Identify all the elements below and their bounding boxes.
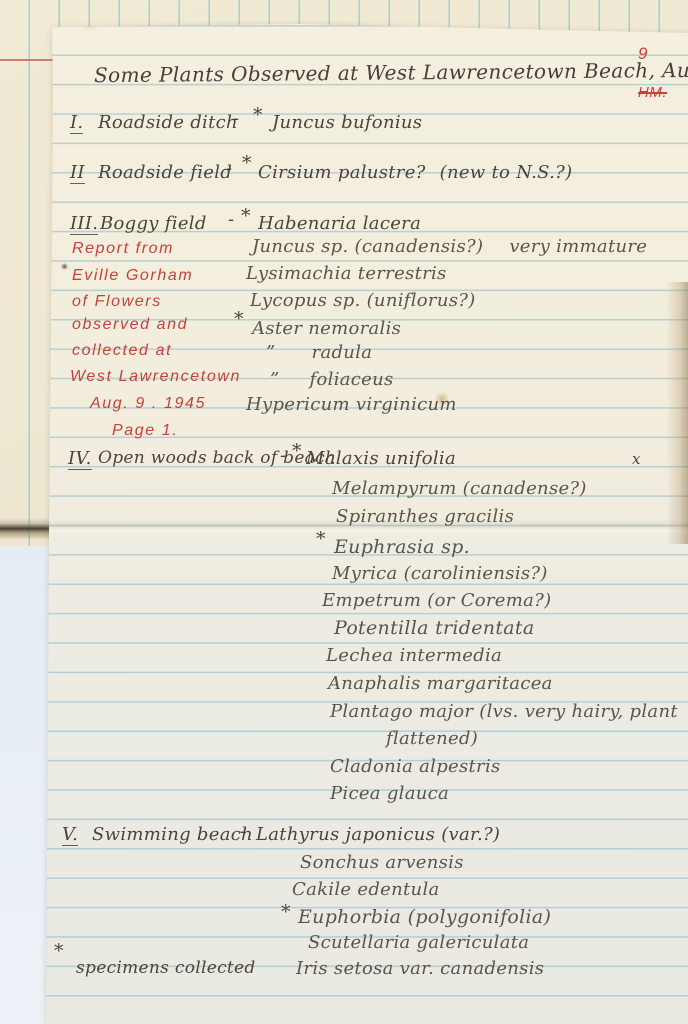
handwritten-page: Some Plants Observed at West Lawrencetow… <box>0 0 688 1024</box>
plant-name: Empetrum (or Corema?) <box>322 590 551 611</box>
footnote-text: specimens collected <box>76 958 256 978</box>
habitat-label: Roadside ditch <box>98 112 238 133</box>
plant-name: Potentilla tridentata <box>334 617 534 639</box>
asterisk-mark: * <box>281 901 291 923</box>
scanned-document: Some Plants Observed at West Lawrencetow… <box>0 0 688 1024</box>
asterisk-mark: * <box>316 528 326 550</box>
date-correction: 9 <box>638 44 649 64</box>
red-note-line: West Lawrencetown <box>70 368 241 386</box>
section-numeral: V. <box>62 824 78 846</box>
plant-name: Lathyrus japonicus (var.?) <box>256 824 500 845</box>
plant-name: Sonchus arvensis <box>300 852 464 873</box>
asterisk-mark: * <box>241 205 251 227</box>
plant-line: Juncus sp. (canadensis?) very immature <box>252 236 647 257</box>
title-text: Some Plants Observed at West Lawrencetow… <box>94 58 688 88</box>
plant-note: (new to N.S.?) <box>440 162 573 183</box>
stain <box>78 10 104 30</box>
section-numeral: III. <box>70 213 98 235</box>
plant-name: Malaxis unifolia <box>306 448 456 469</box>
plant-name: Myrica (caroliniensis?) <box>332 563 548 584</box>
plant-name: Cakile edentula <box>292 879 440 900</box>
plant-name: Lycopus sp. (uniflorus?) <box>250 290 476 311</box>
ditto-mark: ” <box>270 369 280 390</box>
plant-name: flattened) <box>386 728 478 749</box>
plant-name: radula <box>312 342 373 363</box>
plant-name: Plantago major (lvs. very hairy, plant <box>330 701 678 722</box>
plant-line: Cirsium palustre? (new to N.S.?) <box>258 162 572 183</box>
plant-name: Lysimachia terrestris <box>246 263 447 284</box>
dash-mark: - <box>226 158 232 179</box>
asterisk-mark: * <box>253 104 263 126</box>
plant-name: Anaphalis margaritacea <box>328 673 553 694</box>
asterisk-mark: * <box>234 308 244 330</box>
plant-name: Habenaria lacera <box>258 213 421 234</box>
asterisk-mark: * <box>292 440 302 462</box>
plant-line: ” foliaceus <box>270 369 394 390</box>
dash-mark: - <box>240 821 246 842</box>
margin-x-mark: x <box>632 450 641 468</box>
dash-mark: - <box>280 445 286 466</box>
dash-mark: - <box>228 209 234 230</box>
red-note-line: Aug. 9 . 1945 <box>90 395 206 413</box>
plant-name: Spiranthes gracilis <box>336 506 514 527</box>
section-numeral: II <box>70 162 85 184</box>
plant-name: Aster nemoralis <box>252 318 401 339</box>
plant-name: Scutellaria galericulata <box>308 932 529 953</box>
plant-line: ” radula <box>266 342 372 363</box>
plant-name: foliaceus <box>310 369 394 390</box>
red-note-line: of Flowers <box>72 293 162 311</box>
annotator-initials: HM. <box>638 84 667 101</box>
plant-note: very immature <box>509 236 647 257</box>
section-numeral: IV. <box>68 448 92 470</box>
plant-name: Juncus sp. (canadensis?) <box>252 236 483 257</box>
ditto-mark: ” <box>266 342 276 363</box>
dash-mark: - <box>233 108 239 129</box>
habitat-label: Boggy field <box>100 213 207 234</box>
red-note-line: Report from <box>72 240 174 258</box>
plant-name: Euphrasia sp. <box>334 536 470 558</box>
page-curl-shadow <box>666 282 688 544</box>
red-note-line: observed and <box>72 316 188 334</box>
plant-name: Euphorbia (polygonifolia) <box>298 906 551 928</box>
stain <box>61 263 68 270</box>
plant-name: Hypericum virginicum <box>246 394 457 415</box>
red-note-line: Page 1. <box>112 422 178 440</box>
asterisk-mark: * <box>242 152 252 174</box>
asterisk-mark: * <box>54 940 64 962</box>
red-note-line: collected at <box>72 342 172 360</box>
plant-name: Melampyrum (canadense?) <box>332 478 587 499</box>
plant-name: Picea glauca <box>330 783 449 804</box>
plant-name: Lechea intermedia <box>326 645 502 666</box>
plant-name: Iris setosa var. canadensis <box>296 958 544 979</box>
habitat-label: Roadside field <box>98 162 232 183</box>
page-wrapper: Some Plants Observed at West Lawrencetow… <box>0 0 688 1024</box>
section-numeral: I. <box>70 112 83 134</box>
plant-name: Cladonia alpestris <box>330 756 501 777</box>
habitat-label: Swimming beach <box>92 824 253 845</box>
red-note-line: Eville Gorham <box>72 267 193 285</box>
plant-name: Juncus bufonius <box>272 112 422 133</box>
plant-name: Cirsium palustre? <box>258 162 426 183</box>
